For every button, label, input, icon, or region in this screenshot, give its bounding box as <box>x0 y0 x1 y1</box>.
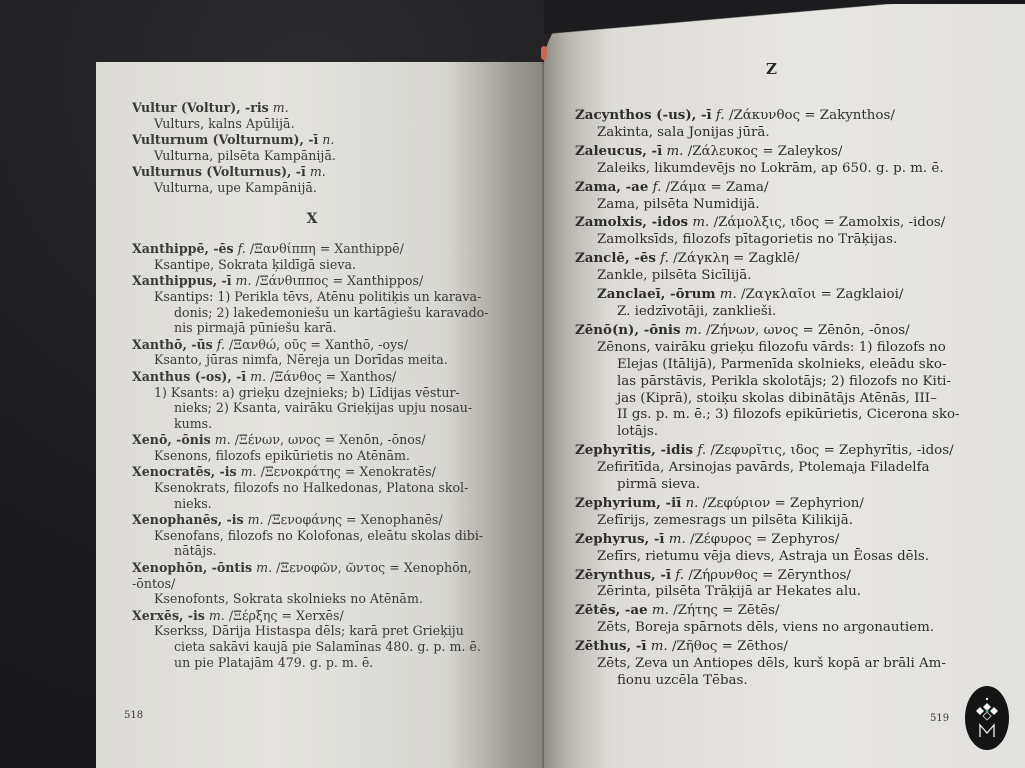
entry-definition-line: Zefirītīda, Arsinojas pavārds, Ptolemaja… <box>575 460 963 477</box>
entry-headword-line: Xenophōn, -ōntis m. /Ξενοφῶν, ῶντος = Xe… <box>132 560 492 576</box>
dictionary-entry: Vulturnum (Volturnum), -ī n.Vulturna, pi… <box>132 132 492 163</box>
entry-greek-etymology: /Ζάκυνθος = Zakynthos/ <box>729 108 895 123</box>
dictionary-entry: Zephyrītis, -idis f. /Ζεφυρῖτις, ιδος = … <box>575 442 963 494</box>
entry-headword-line: Xanthippē, -ēs f. /Ξανθίππη = Xanthippē/ <box>132 241 492 257</box>
entry-gender: m. <box>273 100 289 115</box>
entry-headword: Zaleucus, -ī <box>575 143 662 159</box>
entry-definition-line: cieta sakāvi kaujā pie Salamīnas 480. g.… <box>132 639 492 655</box>
watermark-badge <box>965 686 1009 750</box>
entry-greek-etymology: /Ζάμα = Zama/ <box>666 180 769 195</box>
entry-definition-line: Ksenofonts, Sokrata skolnieks no Atēnām. <box>132 591 492 607</box>
book-gutter <box>542 62 544 768</box>
dictionary-entry: Zephyrus, -ī m. /Ζέφυρος = Zephyros/Zefī… <box>575 531 963 566</box>
entry-greek-etymology: /Ξέρξης = Xerxēs/ <box>229 608 344 623</box>
entry-headword-line: Xenophanēs, -is m. /Ξενοφάνης = Xenophan… <box>132 512 492 528</box>
entry-gender: m. <box>651 639 668 654</box>
entry-definition-line: pirmā sieva. <box>575 477 963 494</box>
entry-gender: n. <box>322 132 334 147</box>
entry-definition-line: Ksanto, jūras nimfa, Nēreja un Dorīdas m… <box>132 352 492 368</box>
entry-definition-line: Ksenokrats, filozofs no Halkedonas, Plat… <box>132 480 492 496</box>
entry-greek-etymology: /Ξενοφῶν, ῶντος = Xenophōn, <box>276 560 472 575</box>
dictionary-entry: Xenophōn, -ōntis m. /Ξενοφῶν, ῶντος = Xe… <box>132 560 492 607</box>
entry-gender: n. <box>686 496 699 511</box>
entry-gender: m. <box>209 608 225 623</box>
entry-greek-etymology: /Ξενοκράτης = Xenokratēs/ <box>261 464 436 479</box>
entry-greek-etymology: /Ζαγκλαῖοι = Zagklaioi/ <box>741 287 903 302</box>
entry-definition-line: Ksantipe, Sokrata ķildīgā sieva. <box>132 257 492 273</box>
entry-definition-line: Kserkss, Dārija Histaspa dēls; karā pret… <box>132 623 492 639</box>
bookmark-ribbon <box>541 46 547 60</box>
entry-headword-line: Zēthus, -ī m. /Ζῆθος = Zēthos/ <box>575 638 963 656</box>
entry-gender: m. <box>666 144 683 159</box>
entry-headword-line: Zanclē, -ēs f. /Ζάγκλη = Zagklē/ <box>575 250 963 268</box>
dictionary-entry: Xenō, -ōnis m. /Ξένων, ωνος = Xenōn, -ōn… <box>132 432 492 463</box>
dictionary-entry: Xanthō, -ūs f. /Ξανθώ, οῦς = Xanthō, -oy… <box>132 337 492 368</box>
entry-definition-line: Zakinta, sala Jonijas jūrā. <box>575 125 963 142</box>
entry-greek-etymology: /Ξάνθιππος = Xanthippos/ <box>255 273 423 288</box>
entry-definition-line: Zēnons, vairāku grieķu filozofu vārds: 1… <box>575 340 963 357</box>
entry-headword-line: Xanthippus, -ī m. /Ξάνθιππος = Xanthippo… <box>132 273 492 289</box>
dictionary-entry: Xanthippus, -ī m. /Ξάνθιππος = Xanthippo… <box>132 273 492 335</box>
entry-definition-line: 1) Ksants: a) grieķu dzejnieks; b) Līdij… <box>132 385 492 401</box>
entry-greek-etymology: /Ξανθώ, οῦς = Xanthō, -oys/ <box>229 337 408 352</box>
entry-gender: m. <box>215 432 231 447</box>
entry-headword-line: Vulturnus (Volturnus), -ī m. <box>132 164 492 180</box>
right-page-column: Zacynthos (-us), -ī f. /Ζάκυνθος = Zakyn… <box>575 107 963 691</box>
entry-headword-line: Zanclaeī, -ōrum m. /Ζαγκλαῖοι = Zagklaio… <box>575 286 963 304</box>
entry-definition-line: Zefīrijs, zemesrags un pilsēta Kilikijā. <box>575 513 963 530</box>
left-page-column: Vultur (Voltur), -ris m.Vulturs, kalns A… <box>132 100 492 671</box>
entry-headword-line: Zama, -ae f. /Ζάμα = Zama/ <box>575 179 963 197</box>
entry-gender: m. <box>241 464 257 479</box>
dictionary-entry: Zephyrium, -iī n. /Ζεφύριον = Zephyrion/… <box>575 495 963 530</box>
entry-definition-line: Ksantips: 1) Perikla tēvs, Atēnu politiķ… <box>132 289 492 305</box>
entry-headword: Zamolxis, -idos <box>575 214 688 230</box>
entry-headword: Vulturnus (Volturnus), -ī <box>132 164 306 179</box>
dictionary-entry: Zanclē, -ēs f. /Ζάγκλη = Zagklē/Zankle, … <box>575 250 963 285</box>
entry-definition-line: Vulturna, pilsēta Kampānijā. <box>132 148 492 164</box>
entry-definition-line: Zama, pilsēta Numidijā. <box>575 197 963 214</box>
entry-gender: m. <box>256 560 272 575</box>
entries-x: Xanthippē, -ēs f. /Ξανθίππη = Xanthippē/… <box>132 241 492 670</box>
entry-gender: m. <box>669 532 686 547</box>
entry-headword: Xerxēs, -is <box>132 608 205 623</box>
entry-gender: f. <box>716 108 725 123</box>
dictionary-entry: Zacynthos (-us), -ī f. /Ζάκυνθος = Zakyn… <box>575 107 963 142</box>
dictionary-entry: Vultur (Voltur), -ris m.Vulturs, kalns A… <box>132 100 492 131</box>
entry-headword: Xenophōn, -ōntis <box>132 560 252 575</box>
entry-greek-etymology: /Ζήνων, ωνος = Zēnōn, -ōnos/ <box>706 323 910 338</box>
page-number-left: 518 <box>124 710 143 721</box>
entry-definition-line: Zamolksīds, filozofs pītagorietis no Trā… <box>575 232 963 249</box>
entry-headword-line: Zērynthus, -ī f. /Ζήρυνθος = Zērynthos/ <box>575 567 963 585</box>
entry-headword: Xenocratēs, -is <box>132 464 237 479</box>
dictionary-entry: Zaleucus, -ī m. /Ζάλευκος = Zaleykos/Zal… <box>575 143 963 178</box>
entry-headword-line: Xenocratēs, -is m. /Ξενοκράτης = Xenokra… <box>132 464 492 480</box>
entry-definition-line: nis pirmajā pūniešu karā. <box>132 320 492 336</box>
entry-headword-line: Xanthō, -ūs f. /Ξανθώ, οῦς = Xanthō, -oy… <box>132 337 492 353</box>
page-number-right: 519 <box>930 713 949 724</box>
dictionary-entry: Zamolxis, -idos m. /Ζάμολξις, ιδος = Zam… <box>575 214 963 249</box>
entries-v: Vultur (Voltur), -ris m.Vulturs, kalns A… <box>132 100 492 196</box>
entry-definition-line: donis; 2) lakedemoniešu un kartāgiešu ka… <box>132 305 492 321</box>
entry-headword-line: Zaleucus, -ī m. /Ζάλευκος = Zaleykos/ <box>575 143 963 161</box>
entry-headword-line: Zacynthos (-us), -ī f. /Ζάκυνθος = Zakyn… <box>575 107 963 125</box>
entry-definition-line: Vulturna, upe Kampānijā. <box>132 180 492 196</box>
entry-definition-line: fionu uzcēla Tēbas. <box>575 673 963 690</box>
entry-definition-line: Zēts, Zeva un Antiopes dēls, kurš kopā a… <box>575 656 963 673</box>
entry-definition-line: Zankle, pilsēta Sicīlijā. <box>575 268 963 285</box>
entries-z: Zacynthos (-us), -ī f. /Ζάκυνθος = Zakyn… <box>575 107 963 690</box>
entry-headword: Vulturnum (Volturnum), -ī <box>132 132 318 147</box>
entry-greek-etymology: /Ξανθίππη = Xanthippē/ <box>250 241 404 256</box>
entry-headword-line: Zephyrium, -iī n. /Ζεφύριον = Zephyrion/ <box>575 495 963 513</box>
entry-gender: f. <box>653 180 662 195</box>
entry-headword: Zacynthos (-us), -ī <box>575 107 712 123</box>
entry-greek-etymology-cont: -ōntos/ <box>132 576 492 592</box>
entry-definition-line: nātājs. <box>132 543 492 559</box>
entry-headword-line: Vulturnum (Volturnum), -ī n. <box>132 132 492 148</box>
entry-headword: Xenophanēs, -is <box>132 512 244 527</box>
entry-gender: m. <box>720 287 737 302</box>
dictionary-entry: Zērynthus, -ī f. /Ζήρυνθος = Zērynthos/Z… <box>575 567 963 602</box>
dictionary-entry: Zētēs, -ae m. /Ζήτης = Zētēs/Zēts, Borej… <box>575 602 963 637</box>
entry-gender: m. <box>652 603 669 618</box>
entry-headword-line: Zamolxis, -idos m. /Ζάμολξις, ιδος = Zam… <box>575 214 963 232</box>
entry-headword: Xanthippē, -ēs <box>132 241 234 256</box>
entry-headword: Zanclē, -ēs <box>575 250 656 266</box>
entry-gender: f. <box>660 251 669 266</box>
dictionary-entry: Zanclaeī, -ōrum m. /Ζαγκλαῖοι = Zagklaio… <box>575 286 963 321</box>
entry-greek-etymology: /Ζεφύριον = Zephyrion/ <box>703 496 864 511</box>
entry-definition-line: Zēts, Boreja spārnots dēls, viens no arg… <box>575 620 963 637</box>
dictionary-entry: Xenophanēs, -is m. /Ξενοφάνης = Xenophan… <box>132 512 492 559</box>
entry-headword: Xanthippus, -ī <box>132 273 231 288</box>
entry-headword-line: Zēnō(n), -ōnis m. /Ζήνων, ωνος = Zēnōn, … <box>575 322 963 340</box>
entry-definition-line: Zefīrs, rietumu vēja dievs, Astraja un Ē… <box>575 549 963 566</box>
entry-definition-line: Elejas (Itālijā), Parmenīda skolnieks, e… <box>575 357 963 374</box>
entry-definition-line: nieks. <box>132 496 492 512</box>
entry-definition-line: lotājs. <box>575 424 963 441</box>
entry-definition-line: un pie Platajām 479. g. p. m. ē. <box>132 655 492 671</box>
entry-greek-etymology: /Ζήτης = Zētēs/ <box>673 603 779 618</box>
entry-gender: f. <box>675 568 684 583</box>
entry-definition-line: Vulturs, kalns Apūlijā. <box>132 116 492 132</box>
entry-headword-line: Xerxēs, -is m. /Ξέρξης = Xerxēs/ <box>132 608 492 624</box>
entry-headword: Xanthō, -ūs <box>132 337 213 352</box>
entry-definition-line: Zērinta, pilsēta Trāķijā ar Hekates alu. <box>575 584 963 601</box>
entry-greek-etymology: /Ζήρυνθος = Zērynthos/ <box>688 568 851 583</box>
entry-greek-etymology: /Ζέφυρος = Zephyros/ <box>690 532 839 547</box>
entry-definition-line: las pārstāvis, Perikla skolotājs; 2) fil… <box>575 374 963 391</box>
dictionary-entry: Xenocratēs, -is m. /Ξενοκράτης = Xenokra… <box>132 464 492 511</box>
entry-headword: Zephyrium, -iī <box>575 495 681 511</box>
entry-definition-line: Ksenofans, filozofs no Kolofonas, eleātu… <box>132 528 492 544</box>
entry-gender: f. <box>238 241 246 256</box>
section-letter-z: Z <box>766 60 777 78</box>
entry-headword: Zēthus, -ī <box>575 638 646 654</box>
entry-gender: m. <box>248 512 264 527</box>
entry-gender: f. <box>697 443 706 458</box>
entry-greek-etymology: /Ζάμολξις, ιδος = Zamolxis, -idos/ <box>714 215 946 230</box>
entry-gender: f. <box>217 337 225 352</box>
dictionary-entry: Xanthippē, -ēs f. /Ξανθίππη = Xanthippē/… <box>132 241 492 272</box>
dictionary-entry: Xerxēs, -is m. /Ξέρξης = Xerxēs/Kserkss,… <box>132 608 492 670</box>
entry-headword: Zanclaeī, -ōrum <box>597 286 715 302</box>
entry-greek-etymology: /Ξάνθος = Xanthos/ <box>270 369 396 384</box>
entry-greek-etymology: /Ξενοφάνης = Xenophanēs/ <box>268 512 443 527</box>
flower-monogram-icon <box>972 695 1002 741</box>
entry-greek-etymology: /Ζεφυρῖτις, ιδος = Zephyrītis, -idos/ <box>710 443 953 458</box>
dictionary-entry: Xanthus (-os), -ī m. /Ξάνθος = Xanthos/1… <box>132 369 492 431</box>
entry-headword: Vultur (Voltur), -ris <box>132 100 269 115</box>
entry-greek-etymology: /Ξένων, ωνος = Xenōn, -ōnos/ <box>235 432 426 447</box>
section-letter-x: X <box>132 212 492 228</box>
entry-gender: m. <box>250 369 266 384</box>
entry-headword: Xenō, -ōnis <box>132 432 211 447</box>
entry-headword: Xanthus (-os), -ī <box>132 369 246 384</box>
entry-headword-line: Zephyrītis, -idis f. /Ζεφυρῖτις, ιδος = … <box>575 442 963 460</box>
entry-definition-line: Zaleiks, likumdevējs no Lokrām, ap 650. … <box>575 161 963 178</box>
entry-definition-line: jas (Kiprā), stoiķu skolas dibinātājs At… <box>575 391 963 408</box>
entry-headword: Zērynthus, -ī <box>575 567 671 583</box>
dictionary-entry: Zēnō(n), -ōnis m. /Ζήνων, ωνος = Zēnōn, … <box>575 322 963 441</box>
entry-definition-line: kums. <box>132 416 492 432</box>
entry-headword: Zephyrītis, -idis <box>575 442 693 458</box>
entry-headword-line: Zephyrus, -ī m. /Ζέφυρος = Zephyros/ <box>575 531 963 549</box>
dictionary-entry: Zēthus, -ī m. /Ζῆθος = Zēthos/Zēts, Zeva… <box>575 638 963 690</box>
entry-headword-line: Xanthus (-os), -ī m. /Ξάνθος = Xanthos/ <box>132 369 492 385</box>
entry-greek-etymology: /Ζῆθος = Zēthos/ <box>672 639 788 654</box>
entry-greek-etymology: /Ζάγκλη = Zagklē/ <box>673 251 799 266</box>
dictionary-entry: Vulturnus (Volturnus), -ī m.Vulturna, up… <box>132 164 492 195</box>
entry-headword: Zētēs, -ae <box>575 602 648 618</box>
entry-definition-line: II gs. p. m. ē.; 3) filozofs epikūrietis… <box>575 407 963 424</box>
entry-greek-etymology: /Ζάλευκος = Zaleykos/ <box>688 144 843 159</box>
entry-headword: Zēnō(n), -ōnis <box>575 322 681 338</box>
entry-headword-line: Xenō, -ōnis m. /Ξένων, ωνος = Xenōn, -ōn… <box>132 432 492 448</box>
entry-definition-line: Ksenons, filozofs epikūrietis no Atēnām. <box>132 448 492 464</box>
entry-headword: Zama, -ae <box>575 179 648 195</box>
entry-headword-line: Zētēs, -ae m. /Ζήτης = Zētēs/ <box>575 602 963 620</box>
entry-definition-line: nieks; 2) Ksanta, vairāku Grieķijas upju… <box>132 400 492 416</box>
entry-gender: m. <box>310 164 326 179</box>
entry-definition-line: Z. iedzīvotāji, zanklieši. <box>575 304 963 321</box>
entry-gender: m. <box>236 273 252 288</box>
entry-gender: m. <box>685 323 702 338</box>
entry-headword-line: Vultur (Voltur), -ris m. <box>132 100 492 116</box>
dictionary-entry: Zama, -ae f. /Ζάμα = Zama/Zama, pilsēta … <box>575 179 963 214</box>
entry-gender: m. <box>692 215 709 230</box>
entry-headword: Zephyrus, -ī <box>575 531 664 547</box>
